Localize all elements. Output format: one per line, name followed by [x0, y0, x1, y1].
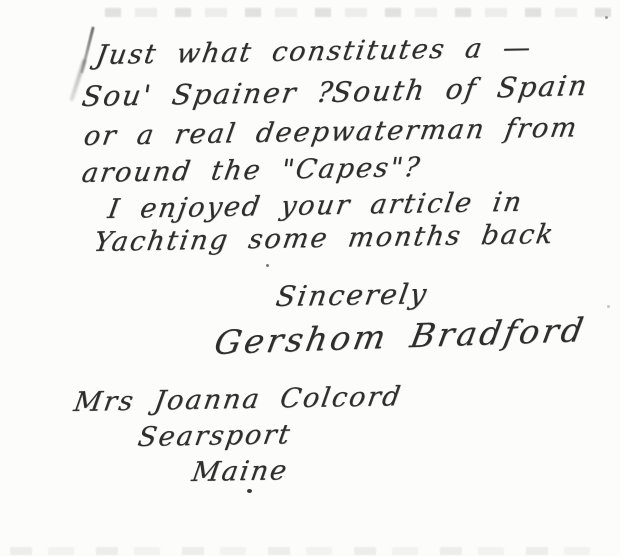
recipient-name-line: Mrs Joanna Colcord — [72, 383, 404, 416]
letter-signature: Gershom Bradford — [212, 313, 589, 359]
letter-closing: Sincerely — [274, 280, 430, 311]
letter-body-line-6: Yachting some months back — [92, 221, 557, 256]
ink-speck — [607, 305, 610, 308]
letter-body-line-4: around the "Capes"? — [80, 154, 423, 187]
ink-speck — [605, 16, 608, 19]
pencil-smudge-mark — [80, 26, 95, 73]
letter-body-line-1: Just what constitutes a — — [94, 34, 534, 69]
recipient-state-line: Maine — [190, 457, 290, 486]
recipient-town-line: Searsport — [136, 421, 293, 451]
ink-speck — [266, 264, 269, 267]
letter-body-line-5: I enjoyed your article in — [106, 189, 525, 223]
scan-artifact-top-dashes — [105, 8, 615, 17]
letter-body-line-2: Sou' Spainer ? — [80, 79, 337, 111]
handwritten-letter-scan: Just what constitutes a — Sou' Spainer ?… — [0, 0, 620, 556]
scan-artifact-bottom-dashes — [10, 547, 610, 555]
letter-body-line-3: or a real deepwaterman from — [82, 114, 580, 150]
ink-speck — [247, 489, 252, 493]
letter-body-line-2-continued: South of Spain — [330, 72, 590, 107]
